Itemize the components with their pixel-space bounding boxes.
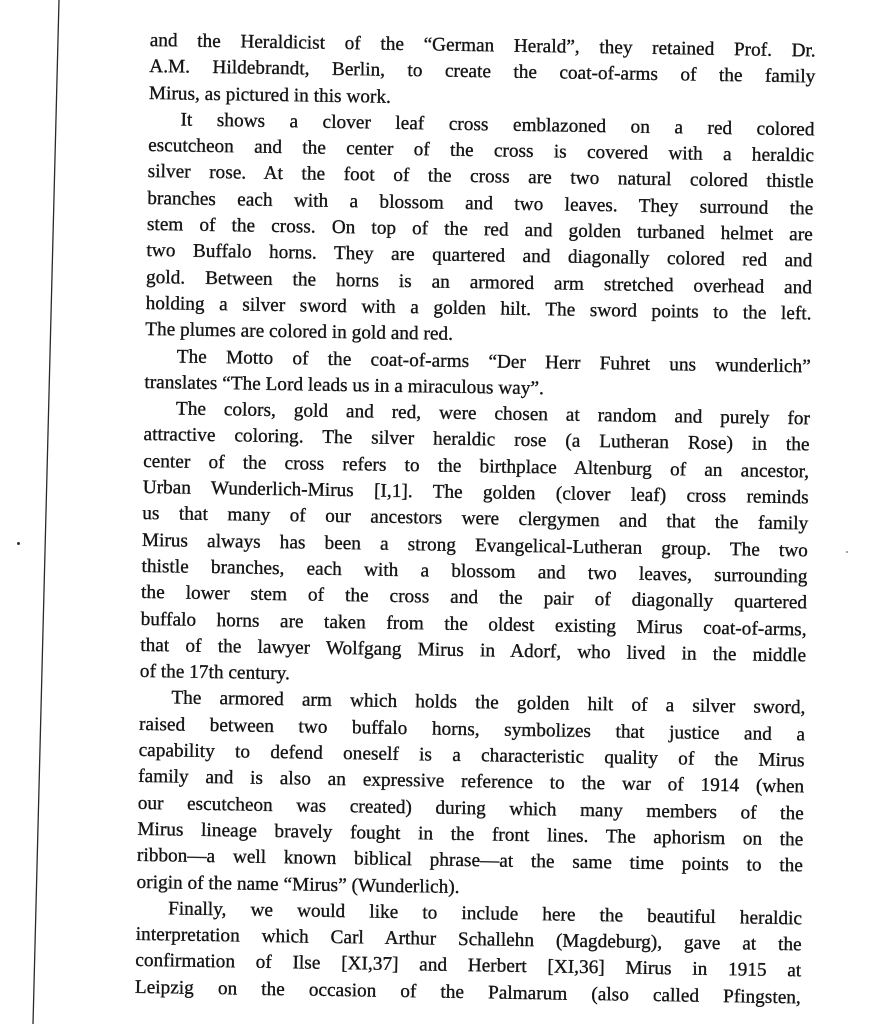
paragraph: It shows a clover leaf cross emblazoned … <box>145 107 815 354</box>
paragraph: and the Heraldicist of the “German Heral… <box>149 28 816 117</box>
document-page: and the Heraldicist of the “German Heral… <box>135 28 816 1011</box>
scan-speck <box>846 551 848 553</box>
paragraph: Finally, we would like to include here t… <box>135 896 803 1012</box>
scan-speck <box>17 542 20 545</box>
paragraph: The armored arm which holds the golden h… <box>136 685 805 906</box>
paragraph: The colors, gold and red, were chosen at… <box>140 396 810 696</box>
